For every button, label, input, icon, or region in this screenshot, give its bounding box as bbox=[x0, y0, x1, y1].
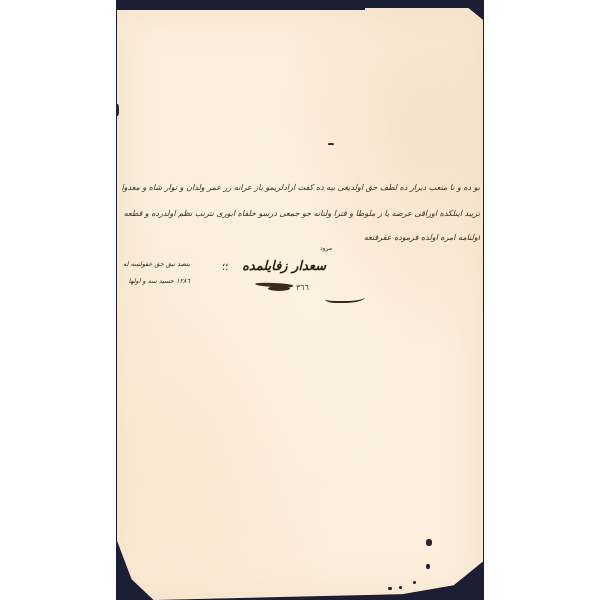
body-line-1: بو ده و نا متعب دیرار ده لطف حق اولدیغی … bbox=[122, 183, 480, 192]
paper-damage-spot bbox=[426, 539, 432, 546]
body-line-3: اولنامه امره اولده فرموده عقرفتعه bbox=[280, 233, 480, 242]
signature-annotation: مرود bbox=[320, 245, 332, 252]
edge-tear bbox=[116, 104, 119, 116]
ink-speck bbox=[328, 143, 334, 145]
paper-damage-spot bbox=[399, 586, 402, 589]
seal-number: ٣٦٦ bbox=[296, 283, 309, 292]
signature-flourish-tail bbox=[268, 286, 290, 291]
paper-damage-spot bbox=[426, 564, 430, 569]
body-line-2: تزیبد اینلکده اوراقی عرضه یا ز ملوطا و ق… bbox=[122, 209, 480, 218]
paper-damage-spot bbox=[388, 587, 392, 590]
scan-top-edge bbox=[117, 0, 365, 10]
seal-stroke bbox=[325, 291, 365, 303]
signature-name: سعدار زفایلمده bbox=[226, 259, 326, 274]
margin-note-line-1: بتصد تیق حق عفولسه له bbox=[128, 260, 190, 268]
document-paper bbox=[117, 8, 483, 600]
margin-note-date: ١٢٨٦ حسید سه و اولها bbox=[128, 277, 190, 285]
paper-damage-spot bbox=[413, 581, 416, 584]
